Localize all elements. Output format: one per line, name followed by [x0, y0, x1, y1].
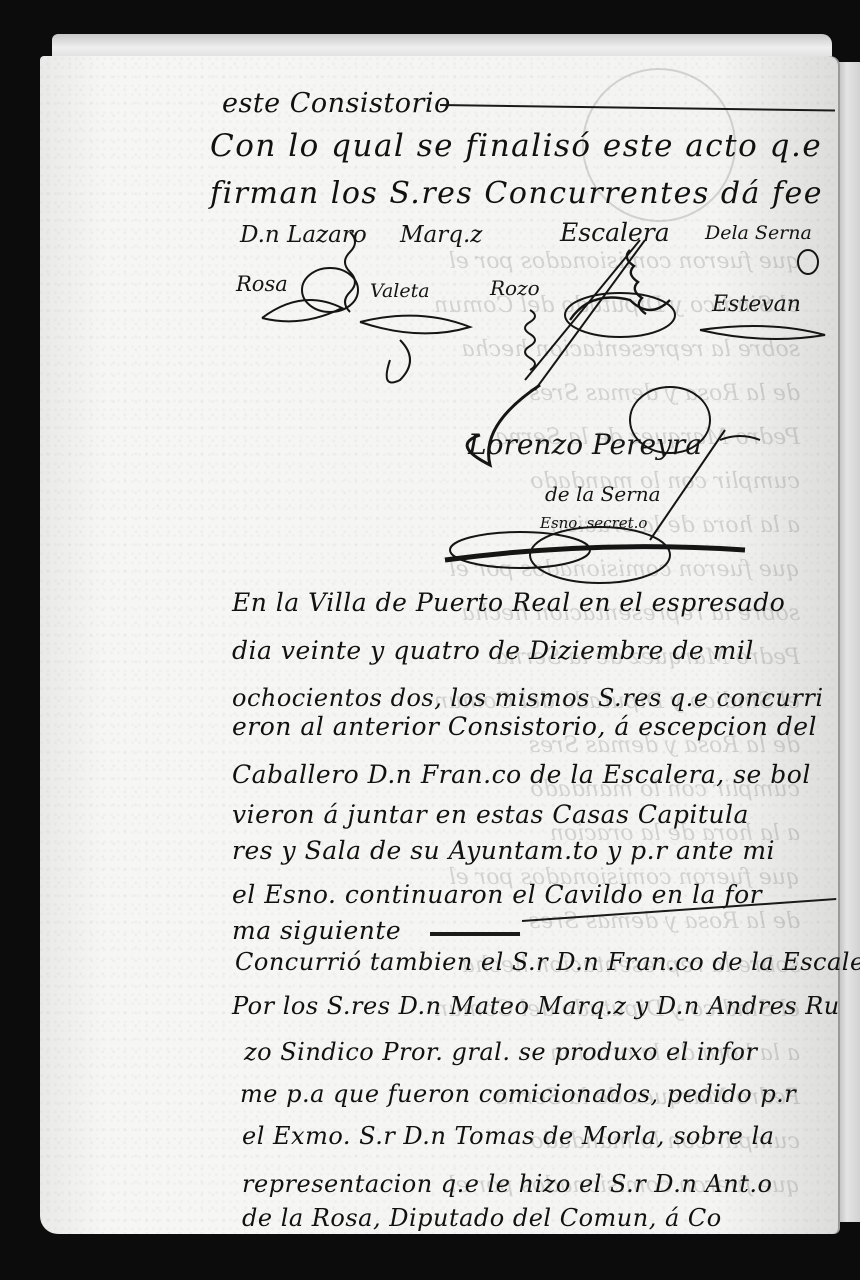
next-page-edge: [836, 62, 860, 1222]
text-line: Con lo qual se finalisó este acto q.e: [210, 128, 822, 164]
text-line: Caballero D.n Fran.co de la Escalera, se…: [232, 760, 811, 789]
text-line: eron al anterior Consistorio, á escepcio…: [232, 712, 817, 741]
text-line: me p.a que fueron comicionados, pedido p…: [240, 1080, 796, 1108]
text-line: este Consistorio: [222, 88, 451, 119]
text-line: el Esno. continuaron el Cavildo en la fo…: [232, 880, 762, 909]
text-line: firman los S.res Concurrentes dá fee: [210, 176, 823, 211]
signature-notary: de la Serna: [545, 482, 661, 506]
signature: Escalera: [560, 218, 670, 247]
text-line: Por los S.res D.n Mateo Marq.z y D.n And…: [232, 992, 840, 1020]
text-line: de la Rosa, Diputado del Comun, á Co: [242, 1204, 722, 1232]
text-line: el Exmo. S.r D.n Tomas de Morla, sobre l…: [242, 1122, 774, 1150]
text-line: zo Sindico Pror. gral. se produxo el inf…: [244, 1038, 757, 1066]
scan-bottom-edge: [0, 1236, 860, 1280]
signature: Marq.z: [400, 222, 482, 248]
text-line: dia veinte y quatro de Diziembre de mil: [232, 636, 754, 665]
text-line: vieron á juntar en estas Casas Capitula: [232, 800, 749, 829]
text-line: Concurrió tambien el S.r D.n Fran.co de …: [235, 948, 860, 976]
signature-notary-title: Esno. secret.o: [540, 514, 647, 532]
text-line: ochocientos dos, los mismos S.res q.e co…: [232, 684, 824, 712]
signature: Rosa: [236, 272, 288, 296]
line-flourish: [430, 932, 520, 936]
text-line: res y Sala de su Ayuntam.to y p.r ante m…: [232, 836, 775, 865]
text-line: ma siguiente: [232, 916, 401, 945]
signature: Rozo: [490, 276, 540, 300]
signature-main: Lorenzo Pereyra: [468, 428, 702, 461]
signature: Estevan: [712, 292, 801, 317]
signature: Valeta: [370, 280, 430, 302]
signature: D.n Lazaro: [240, 222, 367, 248]
text-line: representacion q.e le hizo el S.r D.n An…: [242, 1170, 772, 1198]
signature: Dela Serna: [705, 222, 812, 244]
text-line: En la Villa de Puerto Real en el espresa…: [232, 588, 785, 617]
